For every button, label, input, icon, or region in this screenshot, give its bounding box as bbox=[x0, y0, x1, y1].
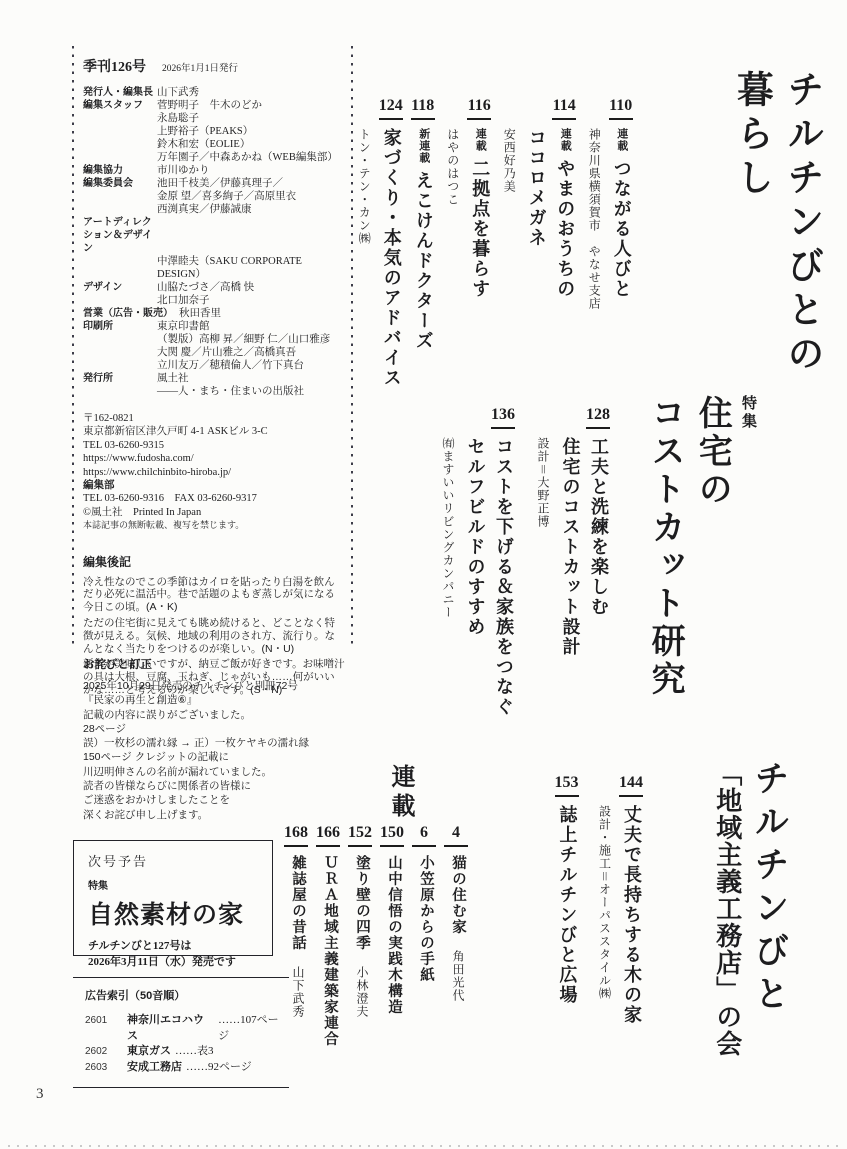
dept-line: 本誌記事の無断転載、複写を禁じます。 bbox=[83, 519, 345, 532]
entry-rule bbox=[467, 118, 491, 120]
editorial-dept: 編集部 TEL 03-6260-9316 FAX 03-6260-9317©風土… bbox=[83, 479, 345, 533]
entry-text-credit: はやのはつこ bbox=[446, 128, 460, 206]
entry-text-main: ココロメガネ bbox=[527, 128, 547, 248]
correction-line: 誤）一枚杉の濡れ縁 → 正）一枚ケヤキの濡れ縁 bbox=[83, 736, 328, 750]
ad-index-title: 広告索引（50音順） bbox=[85, 987, 289, 1003]
entry-text-main: ＵＲＡ地域主義建築家連合 bbox=[322, 855, 338, 1047]
entry-rule bbox=[619, 795, 643, 797]
toc-entry: 152塗り壁の四季小林澄夫 bbox=[348, 825, 372, 1018]
entry-columns: 新連載えこけんドクターズ bbox=[412, 128, 435, 351]
entry-text-main: 家づくり・本気のアドバイス bbox=[382, 128, 402, 388]
toc-entry: 124家づくり・本気のアドバイストン・テン・カン㈱ bbox=[354, 98, 403, 388]
entry-text-main: えこけんドクターズ bbox=[414, 171, 434, 351]
entry-page-number: 124 bbox=[379, 98, 403, 114]
entry-text-main: 工夫と洗練を楽しむ bbox=[589, 437, 609, 617]
entry-column: 小笠原からの手紙 bbox=[416, 855, 436, 983]
toc-entry: 110連載つながる人びと神奈川県横須賀市 やなせ支店 bbox=[584, 98, 633, 310]
entry-page-number: 128 bbox=[586, 407, 610, 423]
next-issue-feature-title: 自然素材の家 bbox=[88, 895, 258, 931]
credit-row: 発行人・編集長山下武秀 bbox=[83, 86, 345, 99]
entry-text-prefix: 連載 bbox=[474, 128, 486, 152]
entry-text-main: 住宅のコストカット設計 bbox=[561, 437, 581, 657]
toc-section-serial: 4猫の住む家角田光代6小笠原からの手紙150山中信悟の実践木構造152塗り壁の四… bbox=[284, 822, 468, 1047]
entry-column: トン・テン・カン㈱ bbox=[354, 128, 374, 388]
colophon: 季刊126号 2026年1月1日発行 発行人・編集長山下武秀編集スタッフ菅野明子… bbox=[83, 56, 345, 700]
entry-page-number: 6 bbox=[420, 825, 428, 841]
dept-line: ©風土社 Printed In Japan bbox=[83, 506, 345, 519]
credit-values: 山下武秀 bbox=[157, 86, 345, 99]
entry-head: 116 bbox=[467, 98, 491, 128]
entry-column: 丈夫で長持ちする木の家 bbox=[621, 805, 644, 1025]
entry-rule bbox=[380, 845, 404, 847]
section-title-line: 「地域主義工務店」の会 bbox=[711, 760, 742, 1057]
correction-notice: お詫びと訂正 2025年10月29日発売のチルチンびと別冊72号『民家の再生と創… bbox=[83, 656, 328, 822]
entry-page-number: 110 bbox=[609, 98, 632, 114]
credit-line: 山脇たづさ／高橋 快 bbox=[157, 281, 345, 294]
credit-label: 営業（広告・販売） bbox=[83, 307, 173, 320]
toc-entry: 168雑誌屋の昔話山下武秀 bbox=[284, 825, 308, 1018]
entry-head: 166 bbox=[316, 825, 340, 855]
entry-text-author: 角田光代 bbox=[451, 950, 465, 1002]
toc-entry: 136コストを下げる＆家族をつなぐセルフビルドのすすめ㈲ますいいリビングカンパニ… bbox=[438, 407, 515, 717]
credit-values: 池田千枝美／伊藤真理子／金原 望／喜多絢子／高原里衣西渕真実／伊藤誠康 bbox=[157, 177, 345, 216]
entry-page-number: 166 bbox=[316, 825, 340, 841]
correction-line: 記載の内容に誤りがございました。 bbox=[83, 708, 328, 722]
toc-entry: 6小笠原からの手紙 bbox=[412, 825, 436, 983]
credit-line: 市川ゆかり bbox=[157, 164, 345, 177]
credit-line: 西渕真実／伊藤誠康 bbox=[157, 203, 345, 216]
credit-line: 鈴木和宏（EOLIE） bbox=[157, 138, 345, 151]
ad-page-ref: ……92ページ bbox=[186, 1060, 252, 1076]
credit-row: アートディレクション＆デザイン中澤睦夫（SAKU CORPORATE DESIG… bbox=[83, 216, 345, 281]
entry-text-credit: 安西好乃美 bbox=[502, 128, 516, 193]
correction-line: 『民家の再生と創造⑥』 bbox=[83, 693, 328, 707]
entry-column: セルフビルドのすすめ bbox=[464, 437, 487, 717]
entry-columns: 丈夫で長持ちする木の家設計・施工＝オーパススタイル㈱ bbox=[595, 805, 644, 1025]
ad-index-row: 2602東京ガス……表3 bbox=[85, 1044, 289, 1060]
entry-columns: 連載二拠点を暮らすはやのはつこ bbox=[443, 128, 492, 299]
section-title: チルチンびと「地域主義工務店」の会 bbox=[711, 760, 790, 1057]
entry-column: 塗り壁の四季小林澄夫 bbox=[352, 855, 372, 1018]
credit-line: 金原 望／喜多絢子／高原里衣 bbox=[157, 190, 345, 203]
ad-name: 安成工務店 bbox=[127, 1060, 182, 1076]
postscript-paragraph: ただの住宅街に見えても眺め続けると、どことなく特徴が見える。気候、地域の利用のさ… bbox=[83, 617, 345, 655]
address-line: 〒162-0821 bbox=[83, 412, 345, 425]
entry-page-number: 153 bbox=[555, 775, 579, 791]
correction-line: ご迷惑をおかけしましたことを bbox=[83, 793, 328, 807]
toc-entry: 153誌上チルチンびと広場 bbox=[555, 775, 579, 1005]
entry-head: 150 bbox=[380, 825, 404, 855]
entry-column: ココロメガネ bbox=[525, 128, 548, 299]
colophon-dotted-border-left bbox=[72, 46, 74, 646]
ad-index-rows: 2601神奈川エコハウス……107ページ2602東京ガス……表32603安成工務… bbox=[85, 1013, 289, 1075]
entry-text-credit: ㈲ますいいリビングカンパニー bbox=[441, 437, 455, 619]
entry-column: 連載やまのおうちの bbox=[554, 128, 577, 299]
credit-line: 上野裕子（PEAKS） bbox=[157, 125, 345, 138]
entry-columns: 家づくり・本気のアドバイストン・テン・カン㈱ bbox=[354, 128, 403, 388]
credit-line: 万年園子／中森あかね（WEB編集部） bbox=[157, 151, 345, 164]
credit-line: 菅野明子 牛木のどか bbox=[157, 99, 345, 112]
ad-name: 東京ガス bbox=[127, 1044, 171, 1060]
entry-rule bbox=[444, 845, 468, 847]
credit-line: 立川友万／穂積倫人／竹下真台 bbox=[157, 359, 345, 372]
credit-line: 北口加奈子 bbox=[157, 294, 345, 307]
ad-page-ref: ……107ページ bbox=[218, 1013, 289, 1044]
entry-text-main: 二拠点を暮らす bbox=[470, 159, 490, 299]
entry-head: 136 bbox=[491, 407, 515, 437]
toc-entry: 166ＵＲＡ地域主義建築家連合 bbox=[316, 825, 340, 1047]
entry-text-main: 雑誌屋の昔話 bbox=[290, 855, 306, 951]
entry-rule bbox=[316, 845, 340, 847]
credit-row: 編集スタッフ菅野明子 牛木のどか永島聡子上野裕子（PEAKS）鈴木和宏（EOLI… bbox=[83, 99, 345, 164]
entry-column: 家づくり・本気のアドバイス bbox=[380, 128, 403, 388]
toc-entry: 114連載やまのおうちのココロメガネ安西好乃美 bbox=[499, 98, 576, 299]
colophon-dotted-border-right bbox=[351, 46, 353, 646]
entry-page-number: 150 bbox=[380, 825, 404, 841]
credit-label: アートディレクション＆デザイン bbox=[83, 216, 157, 255]
ad-code: 2603 bbox=[85, 1060, 127, 1076]
entry-columns: 猫の住む家角田光代 bbox=[448, 855, 468, 1002]
entry-column: 新連載えこけんドクターズ bbox=[412, 128, 435, 351]
next-issue-title: 次号予告 bbox=[88, 851, 258, 870]
entry-page-number: 4 bbox=[452, 825, 460, 841]
entry-page-number: 114 bbox=[553, 98, 576, 114]
entry-column: ㈲ますいいリビングカンパニー bbox=[438, 437, 458, 717]
entry-column: 山中信悟の実践木構造 bbox=[384, 855, 404, 1015]
entry-column: 誌上チルチンびと広場 bbox=[556, 805, 579, 1005]
entry-text-credit: 設計＝大野正博 bbox=[536, 437, 550, 528]
entry-head: 153 bbox=[555, 775, 579, 805]
credit-label: デザイン bbox=[83, 281, 157, 294]
next-issue-note-line: チルチンびと127号は bbox=[88, 938, 258, 954]
section-title-line: 暮らし bbox=[729, 70, 773, 378]
credit-row: 編集協力市川ゆかり bbox=[83, 164, 345, 177]
entry-columns: 雑誌屋の昔話山下武秀 bbox=[288, 855, 308, 1018]
entry-head: 4 bbox=[444, 825, 468, 855]
credit-values: 東京印書館（製版）高柳 昇／細野 仁／山口雅彦大関 慶／片山雅之／高橋真吾立川友… bbox=[157, 320, 345, 372]
editorial-dept-label: 編集部 bbox=[83, 479, 345, 492]
credit-row: 編集委員会池田千枝美／伊藤真理子／金原 望／喜多絢子／高原里衣西渕真実／伊藤誠康 bbox=[83, 177, 345, 216]
colophon-address: 〒162-0821東京都新宿区津久戸町 4-1 ASKビル 3-CTEL 03-… bbox=[83, 412, 345, 479]
correction-line: 150ページ クレジットの記載に bbox=[83, 750, 328, 764]
entry-text-main: コストを下げる＆家族をつなぐ bbox=[494, 437, 514, 717]
entry-text-main: つながる人びと bbox=[612, 159, 632, 299]
credit-row: 営業（広告・販売）秋田香里 bbox=[83, 307, 345, 320]
scan-edge bbox=[8, 1145, 839, 1147]
address-line: 東京都新宿区津久戸町 4-1 ASKビル 3-C bbox=[83, 425, 345, 438]
entry-text-author: 小林澄夫 bbox=[355, 966, 369, 1018]
correction-line: 28ページ bbox=[83, 722, 328, 736]
entry-text-main: 小笠原からの手紙 bbox=[418, 855, 434, 983]
address-line: https://www.fudosha.com/ bbox=[83, 452, 345, 465]
credit-line: ――人・まち・住まいの出版社 bbox=[157, 385, 345, 398]
address-line: https://www.chilchinbito-hiroba.jp/ bbox=[83, 466, 345, 479]
address-line: TEL 03-6260-9315 bbox=[83, 439, 345, 452]
credit-line: 秋田香里 bbox=[179, 307, 345, 320]
credit-row: 印刷所東京印書館（製版）高柳 昇／細野 仁／山口雅彦大関 慶／片山雅之／高橋真吾… bbox=[83, 320, 345, 372]
credit-line: 永島聡子 bbox=[157, 112, 345, 125]
entry-column: 安西好乃美 bbox=[499, 128, 519, 299]
entry-column: 猫の住む家角田光代 bbox=[448, 855, 468, 1002]
entry-rule bbox=[411, 118, 435, 120]
credit-line: 池田千枝美／伊藤真理子／ bbox=[157, 177, 345, 190]
toc-section-living: チルチンびとの暮らし110連載つながる人びと神奈川県横須賀市 やなせ支店114連… bbox=[354, 70, 823, 388]
entry-text-main: 塗り壁の四季 bbox=[354, 855, 370, 951]
entry-head: 152 bbox=[348, 825, 372, 855]
next-issue-note: チルチンびと127号は 2026年3月11日（水）発売です bbox=[88, 938, 258, 970]
entry-rule bbox=[348, 845, 372, 847]
correction-lines: 2025年10月29日発売のチルチンびと別冊72号『民家の再生と創造⑥』記載の内… bbox=[83, 679, 328, 822]
entry-head: 128 bbox=[586, 407, 610, 437]
ad-index: 広告索引（50音順） 2601神奈川エコハウス……107ページ2602東京ガス…… bbox=[73, 977, 289, 1088]
entry-columns: 誌上チルチンびと広場 bbox=[556, 805, 579, 1005]
credit-label: 発行所 bbox=[83, 372, 157, 385]
entry-page-number: 118 bbox=[411, 98, 434, 114]
entry-text-credit: 神奈川県横須賀市 やなせ支店 bbox=[587, 128, 601, 310]
entry-page-number: 116 bbox=[468, 98, 491, 114]
credit-label: 印刷所 bbox=[83, 320, 157, 333]
entry-text-credit: トン・テン・カン㈱ bbox=[357, 128, 371, 245]
entry-head: 168 bbox=[284, 825, 308, 855]
postscript-paragraph: 冷え性なのでこの季節はカイロを貼ったり白湯を飲んだり必死に温活中。巷で話題のよも… bbox=[83, 576, 345, 614]
credit-line: 中澤睦夫（SAKU CORPORATE DESIGN） bbox=[157, 255, 345, 281]
correction-line: 2025年10月29日発売のチルチンびと別冊72号 bbox=[83, 679, 328, 693]
entry-page-number: 168 bbox=[284, 825, 308, 841]
section-title: 特集住宅のコストカット研究 bbox=[644, 395, 757, 699]
entry-column: コストを下げる＆家族をつなぐ bbox=[493, 437, 516, 717]
toc-entry: 118新連載えこけんドクターズ bbox=[411, 98, 435, 351]
section-title-line: チルチンびとの bbox=[779, 70, 823, 378]
issue-label: 季刊126号 bbox=[83, 60, 146, 75]
entry-rule bbox=[412, 845, 436, 847]
issue-date: 2026年1月1日発行 bbox=[162, 64, 238, 74]
entry-column: 連載二拠点を暮らす bbox=[469, 128, 492, 299]
entry-rule bbox=[609, 118, 633, 120]
toc-section-koumuten: チルチンびと「地域主義工務店」の会144丈夫で長持ちする木の家設計・施工＝オーパ… bbox=[555, 760, 790, 1057]
entry-text-prefix: 新連載 bbox=[418, 128, 430, 164]
entry-column: はやのはつこ bbox=[443, 128, 463, 299]
entry-text-main: 猫の住む家 bbox=[450, 855, 466, 935]
entry-columns: 連載やまのおうちのココロメガネ安西好乃美 bbox=[499, 128, 576, 299]
serial-section-heading: 連載 bbox=[383, 764, 418, 822]
credit-line: （製版）高柳 昇／細野 仁／山口雅彦 bbox=[157, 333, 345, 346]
credit-line: 山下武秀 bbox=[157, 86, 345, 99]
entry-head: 114 bbox=[552, 98, 576, 128]
correction-title: お詫びと訂正 bbox=[83, 656, 328, 672]
entry-text-author: 山下武秀 bbox=[291, 966, 305, 1018]
entry-head: 144 bbox=[619, 775, 643, 805]
credit-line: 東京印書館 bbox=[157, 320, 345, 333]
ad-index-row: 2603安成工務店……92ページ bbox=[85, 1060, 289, 1076]
ad-code: 2602 bbox=[85, 1044, 127, 1060]
entry-rule bbox=[552, 118, 576, 120]
credit-values: 風土社――人・まち・住まいの出版社 bbox=[157, 372, 345, 398]
entry-head: 110 bbox=[609, 98, 633, 128]
entry-columns: コストを下げる＆家族をつなぐセルフビルドのすすめ㈲ますいいリビングカンパニー bbox=[438, 437, 515, 717]
credit-line: 風土社 bbox=[157, 372, 345, 385]
entry-text-main: セルフビルドのすすめ bbox=[466, 437, 486, 637]
entry-text-main: 丈夫で長持ちする木の家 bbox=[622, 805, 642, 1025]
entry-head: 118 bbox=[411, 98, 435, 128]
ad-code: 2601 bbox=[85, 1013, 127, 1044]
entry-columns: 連載つながる人びと神奈川県横須賀市 やなせ支店 bbox=[584, 128, 633, 310]
toc-entry: 144丈夫で長持ちする木の家設計・施工＝オーパススタイル㈱ bbox=[595, 775, 644, 1025]
entry-column: ＵＲＡ地域主義建築家連合 bbox=[320, 855, 340, 1047]
entry-columns: 小笠原からの手紙 bbox=[416, 855, 436, 983]
entry-text-main: やまのおうちの bbox=[555, 159, 575, 299]
section-title-line: コストカット研究 bbox=[644, 395, 684, 699]
credit-line: 大関 慶／片山雅之／高橋真吾 bbox=[157, 346, 345, 359]
ad-index-row: 2601神奈川エコハウス……107ページ bbox=[85, 1013, 289, 1044]
entry-column: 工夫と洗練を楽しむ bbox=[588, 437, 611, 657]
entry-column: 神奈川県横須賀市 やなせ支店 bbox=[584, 128, 604, 310]
page-number-folio: 3 bbox=[36, 1086, 44, 1103]
ad-page-ref: ……表3 bbox=[175, 1044, 214, 1060]
credit-values: 菅野明子 牛木のどか永島聡子上野裕子（PEAKS）鈴木和宏（EOLIE）万年園子… bbox=[157, 99, 345, 164]
entry-page-number: 152 bbox=[348, 825, 372, 841]
entry-text-main: 山中信悟の実践木構造 bbox=[386, 855, 402, 1015]
entry-text-main: 誌上チルチンびと広場 bbox=[558, 805, 578, 1005]
correction-line: 川辺明伸さんの名前が漏れていました。 bbox=[83, 765, 328, 779]
entry-page-number: 144 bbox=[619, 775, 643, 791]
entry-columns: 山中信悟の実践木構造 bbox=[384, 855, 404, 1015]
entry-columns: 塗り壁の四季小林澄夫 bbox=[352, 855, 372, 1018]
entry-column: 設計＝大野正博 bbox=[533, 437, 553, 657]
section-title: チルチンびとの暮らし bbox=[729, 70, 823, 378]
credit-values: 市川ゆかり bbox=[157, 164, 345, 177]
entry-text-prefix: 連載 bbox=[616, 128, 628, 152]
entry-rule bbox=[586, 427, 610, 429]
credit-row: 発行所風土社――人・まち・住まいの出版社 bbox=[83, 372, 345, 398]
entry-rule bbox=[284, 845, 308, 847]
next-issue-note-line: 2026年3月11日（水）発売です bbox=[88, 954, 258, 970]
toc-entry: 4猫の住む家角田光代 bbox=[444, 825, 468, 1002]
credit-row: デザイン山脇たづさ／高橋 快北口加奈子 bbox=[83, 281, 345, 307]
credit-label: 編集スタッフ bbox=[83, 99, 157, 112]
credit-label: 編集協力 bbox=[83, 164, 157, 177]
correction-line: 深くお詫び申し上げます。 bbox=[83, 808, 328, 822]
entry-text-credit: 設計・施工＝オーパススタイル㈱ bbox=[598, 805, 612, 1000]
credit-values: 山脇たづさ／高橋 快北口加奈子 bbox=[157, 281, 345, 307]
toc-section-feature: 特集住宅のコストカット研究128工夫と洗練を楽しむ住宅のコストカット設計設計＝大… bbox=[438, 395, 757, 717]
entry-rule bbox=[555, 795, 579, 797]
credit-values: 中澤睦夫（SAKU CORPORATE DESIGN） bbox=[157, 255, 345, 281]
credit-values: 秋田香里 bbox=[179, 307, 345, 320]
dept-line: TEL 03-6260-9316 FAX 03-6260-9317 bbox=[83, 492, 345, 505]
entry-head: 124 bbox=[379, 98, 403, 128]
toc-entry: 116連載二拠点を暮らすはやのはつこ bbox=[443, 98, 492, 299]
editorial-dept-lines: TEL 03-6260-9316 FAX 03-6260-9317©風土社 Pr… bbox=[83, 492, 345, 532]
entry-column: 連載つながる人びと bbox=[610, 128, 633, 310]
colophon-credits: 発行人・編集長山下武秀編集スタッフ菅野明子 牛木のどか永島聡子上野裕子（PEAK… bbox=[83, 86, 345, 398]
entry-page-number: 136 bbox=[491, 407, 515, 423]
entry-columns: 工夫と洗練を楽しむ住宅のコストカット設計設計＝大野正博 bbox=[533, 437, 610, 657]
issue-row: 季刊126号 2026年1月1日発行 bbox=[83, 56, 345, 76]
ad-name: 神奈川エコハウス bbox=[127, 1013, 214, 1044]
next-issue-feature-label: 特集 bbox=[88, 877, 258, 892]
entry-columns: ＵＲＡ地域主義建築家連合 bbox=[320, 855, 340, 1047]
section-title-line: チルチンびと bbox=[749, 760, 790, 1057]
next-issue-box: 次号予告 特集 自然素材の家 チルチンびと127号は 2026年3月11日（水）… bbox=[73, 840, 273, 956]
entry-rule bbox=[379, 118, 403, 120]
toc-entry: 150山中信悟の実践木構造 bbox=[380, 825, 404, 1015]
entry-column: 住宅のコストカット設計 bbox=[559, 437, 582, 657]
entry-head: 6 bbox=[412, 825, 436, 855]
feature-label: 特集 bbox=[738, 395, 757, 699]
credit-label: 編集委員会 bbox=[83, 177, 157, 190]
postscript-title: 編集後記 bbox=[83, 553, 345, 570]
entry-rule bbox=[491, 427, 515, 429]
entry-text-prefix: 連載 bbox=[559, 128, 571, 152]
entry-column: 雑誌屋の昔話山下武秀 bbox=[288, 855, 308, 1018]
correction-line: 読者の皆様ならびに関係者の皆様に bbox=[83, 779, 328, 793]
toc-entry: 128工夫と洗練を楽しむ住宅のコストカット設計設計＝大野正博 bbox=[533, 407, 610, 657]
credit-label: 発行人・編集長 bbox=[83, 86, 157, 99]
entry-column: 設計・施工＝オーパススタイル㈱ bbox=[595, 805, 615, 1025]
section-title-line: 住宅の bbox=[691, 395, 731, 699]
